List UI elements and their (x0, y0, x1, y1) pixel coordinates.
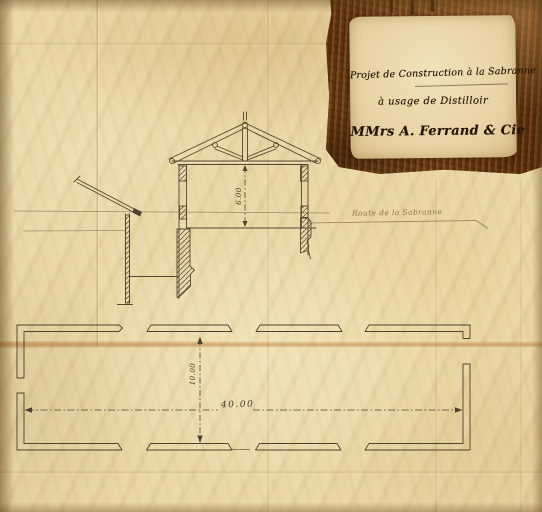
road-line (308, 221, 488, 229)
binding-mark (390, 0, 393, 13)
binding-mark (411, 0, 414, 15)
left-pier (177, 229, 195, 298)
lean-to-section (74, 176, 179, 305)
section-height-dimension-label: 6.00 (235, 179, 247, 213)
plan-depth-dimension-label: 10.00 (189, 357, 201, 391)
tie-beam (172, 161, 318, 165)
plan-width-dimension-label: 40.00 (221, 400, 255, 411)
date-note: … 1913 (489, 155, 517, 175)
client-name-line: MMrs A. Ferrand & Cie (350, 123, 516, 140)
project-title-line1: Projet de Construction à la Sabranne (350, 66, 516, 82)
title-label: Projet de Construction à la Sabranne à u… (349, 15, 516, 159)
king-post (243, 128, 248, 161)
binding-mark (431, 0, 434, 12)
road-label: Route de la Sabranne (352, 207, 442, 218)
flourish-line (415, 83, 508, 87)
plan-dimensions (25, 337, 463, 444)
drawing-sheet: Route de la Sabranne 40.00 10.00 6.00 Pr… (0, 0, 542, 512)
project-title-line2: à usage de Distilloir (350, 95, 516, 108)
roof-finial (244, 112, 247, 120)
right-pier (301, 218, 312, 253)
floor-plan (17, 325, 470, 450)
title-block-patch: Projet de Construction à la Sabranne à u… (326, 0, 542, 174)
